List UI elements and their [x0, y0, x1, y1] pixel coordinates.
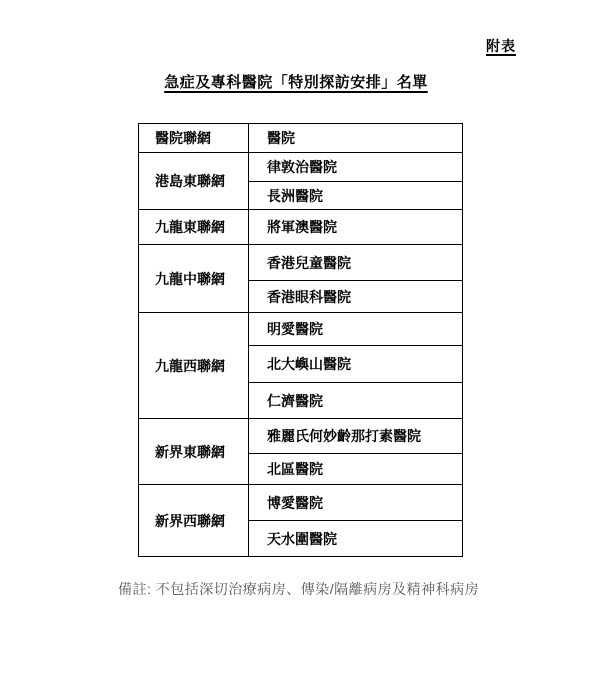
network-cell: 港島東聯網 [139, 153, 249, 210]
page-title: 急症及專科醫院「特別探訪安排」名單 [0, 71, 592, 92]
column-header-network: 醫院聯網 [139, 124, 249, 153]
hospital-cell: 博愛醫院 [249, 485, 463, 521]
hospital-cell: 香港眼科醫院 [249, 281, 463, 313]
network-cell: 九龍東聯網 [139, 210, 249, 245]
network-cell: 新界西聯網 [139, 485, 249, 557]
hospital-cell: 香港兒童醫院 [249, 245, 463, 281]
network-cell: 新界東聯網 [139, 419, 249, 485]
hospital-cell: 雅麗氏何妙齡那打素醫院 [249, 419, 463, 454]
table-header-row: 醫院聯網 醫院 [139, 124, 463, 153]
hospital-cell: 北大嶼山醫院 [249, 346, 463, 383]
hospital-cell: 長洲醫院 [249, 182, 463, 210]
document-page: { "page": { "corner_label": "附表", "title… [0, 0, 592, 675]
column-header-hospital: 醫院 [249, 124, 463, 153]
table-row: 九龍東聯網 將軍澳醫院 [139, 210, 463, 245]
table-row: 九龍中聯網 香港兒童醫院 [139, 245, 463, 281]
hospital-cell: 將軍澳醫院 [249, 210, 463, 245]
footnote: 備註: 不包括深切治療病房、傳染/隔離病房及精神科病房 [118, 579, 479, 599]
network-cell: 九龍西聯網 [139, 313, 249, 419]
table-row: 新界西聯網 博愛醫院 [139, 485, 463, 521]
page-title-text: 急症及專科醫院「特別探訪安排」名單 [164, 74, 428, 91]
table-row: 九龍西聯網 明愛醫院 [139, 313, 463, 346]
hospital-cell: 天水圍醫院 [249, 521, 463, 557]
table-row: 新界東聯網 雅麗氏何妙齡那打素醫院 [139, 419, 463, 454]
hospitals-table: 醫院聯網 醫院 港島東聯網 律敦治醫院 長洲醫院 九龍東聯網 將軍澳醫院 九龍中… [138, 123, 463, 557]
table-row: 港島東聯網 律敦治醫院 [139, 153, 463, 182]
network-cell: 九龍中聯網 [139, 245, 249, 313]
attachment-label: 附表 [486, 36, 516, 56]
hospital-cell: 仁濟醫院 [249, 383, 463, 419]
hospital-cell: 律敦治醫院 [249, 153, 463, 182]
hospital-cell: 北區醫院 [249, 454, 463, 485]
hospital-cell: 明愛醫院 [249, 313, 463, 346]
